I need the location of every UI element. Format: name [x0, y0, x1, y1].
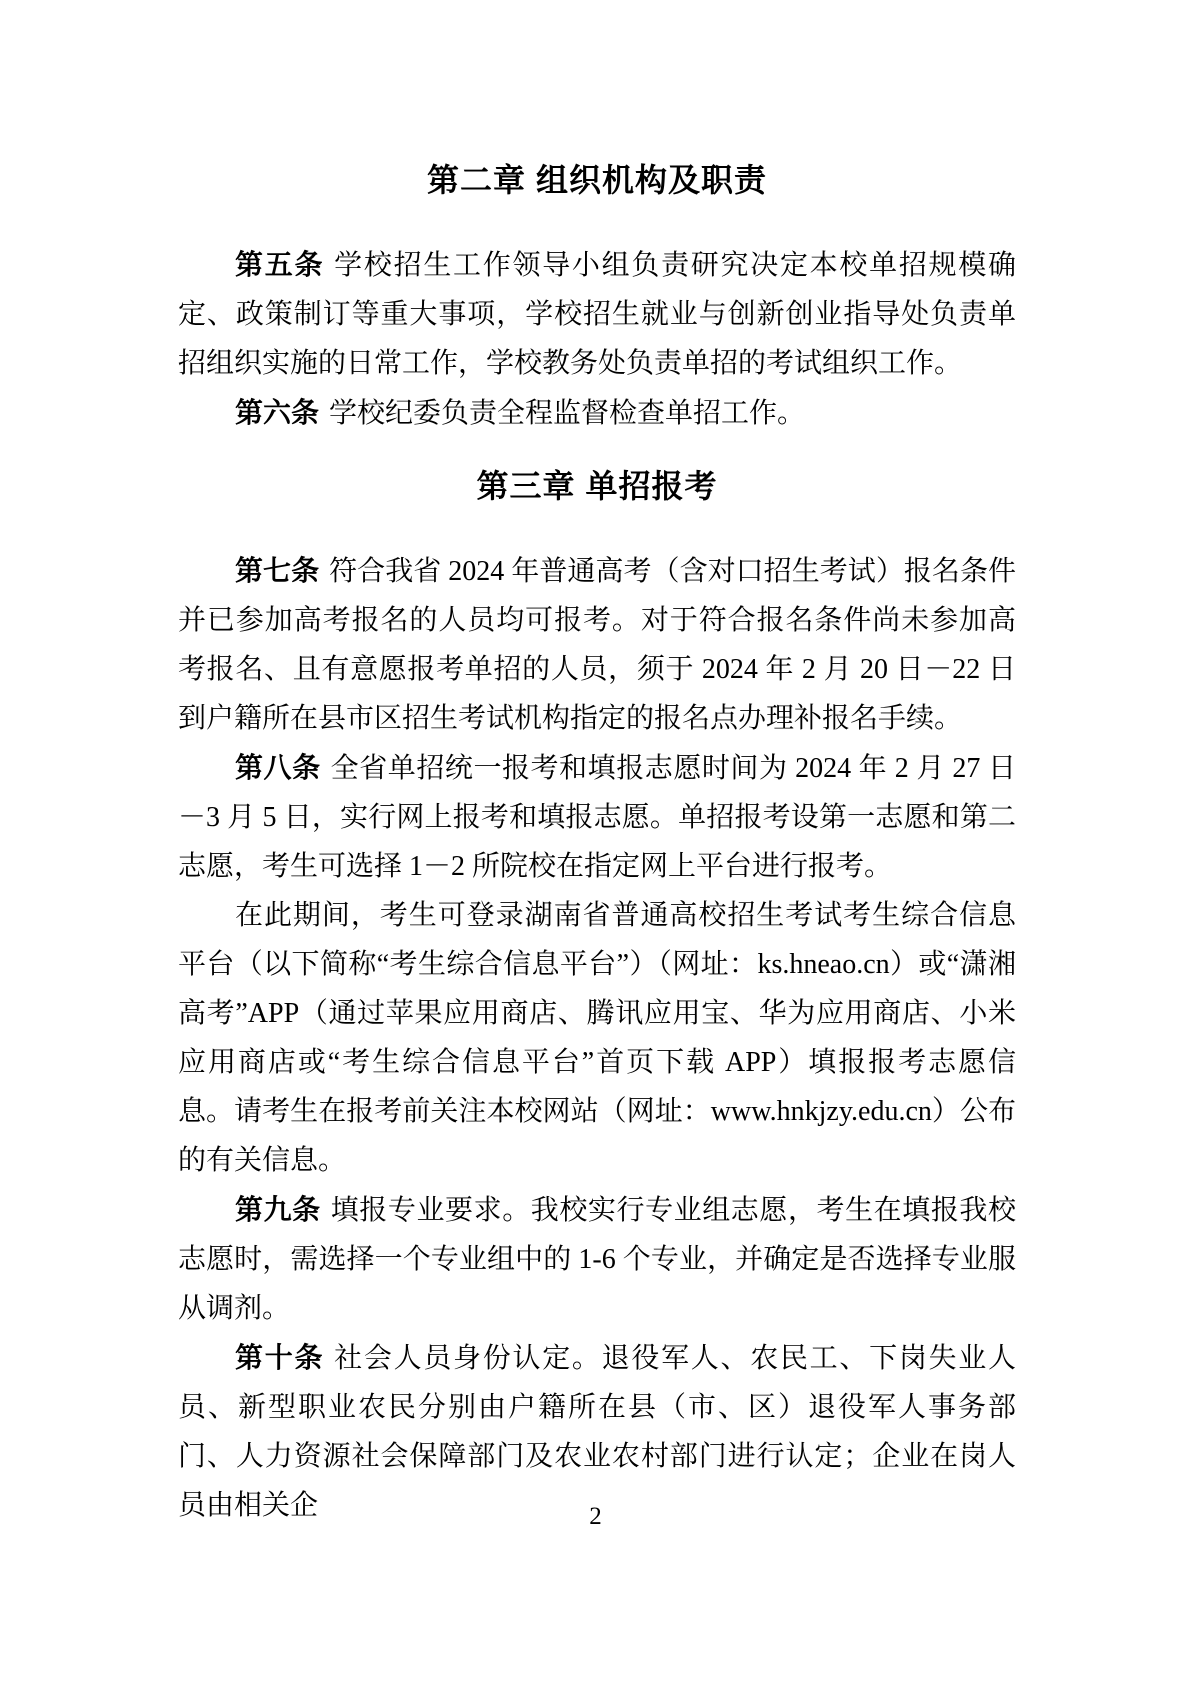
document-page: 第二章 组织机构及职责 第五条学校招生工作领导小组负责研究决定本校单招规模确定、… [0, 0, 1191, 1684]
article-7-lead: 第七条 [235, 555, 319, 586]
article-7-paragraph: 第七条符合我省 2024 年普通高考（含对口招生考试）报名条件并已参加高考报名的… [178, 546, 1016, 743]
document-body: 第二章 组织机构及职责 第五条学校招生工作领导小组负责研究决定本校单招规模确定、… [178, 158, 1016, 1530]
article-8-paragraph: 第八条全省单招统一报考和填报志愿时间为 2024 年 2 月 27 日－3 月 … [178, 743, 1016, 891]
chapter-3-heading: 第三章 单招报考 [178, 464, 1016, 508]
platform-info-body: 在此期间，考生可登录湖南省普通高校招生考试考生综合信息平台（以下简称“考生综合信… [178, 900, 1016, 1176]
article-8-lead: 第八条 [235, 752, 321, 783]
article-10-paragraph: 第十条社会人员身份认定。退役军人、农民工、下岗失业人员、新型职业农民分别由户籍所… [178, 1333, 1016, 1530]
article-5-lead: 第五条 [235, 249, 324, 280]
article-6-paragraph: 第六条学校纪委负责全程监督检查单招工作。 [178, 388, 1016, 438]
platform-info-paragraph: 在此期间，考生可登录湖南省普通高校招生考试考生综合信息平台（以下简称“考生综合信… [178, 891, 1016, 1185]
chapter-2-heading: 第二章 组织机构及职责 [178, 158, 1016, 202]
article-10-lead: 第十条 [235, 1342, 324, 1373]
page-number: 2 [0, 1502, 1191, 1532]
article-5-paragraph: 第五条学校招生工作领导小组负责研究决定本校单招规模确定、政策制订等重大事项，学校… [178, 240, 1016, 388]
article-6-body: 学校纪委负责全程监督检查单招工作。 [329, 398, 805, 429]
article-9-lead: 第九条 [235, 1194, 321, 1225]
article-6-lead: 第六条 [235, 397, 319, 428]
article-9-paragraph: 第九条填报专业要求。我校实行专业组志愿，考生在填报我校志愿时，需选择一个专业组中… [178, 1185, 1016, 1333]
